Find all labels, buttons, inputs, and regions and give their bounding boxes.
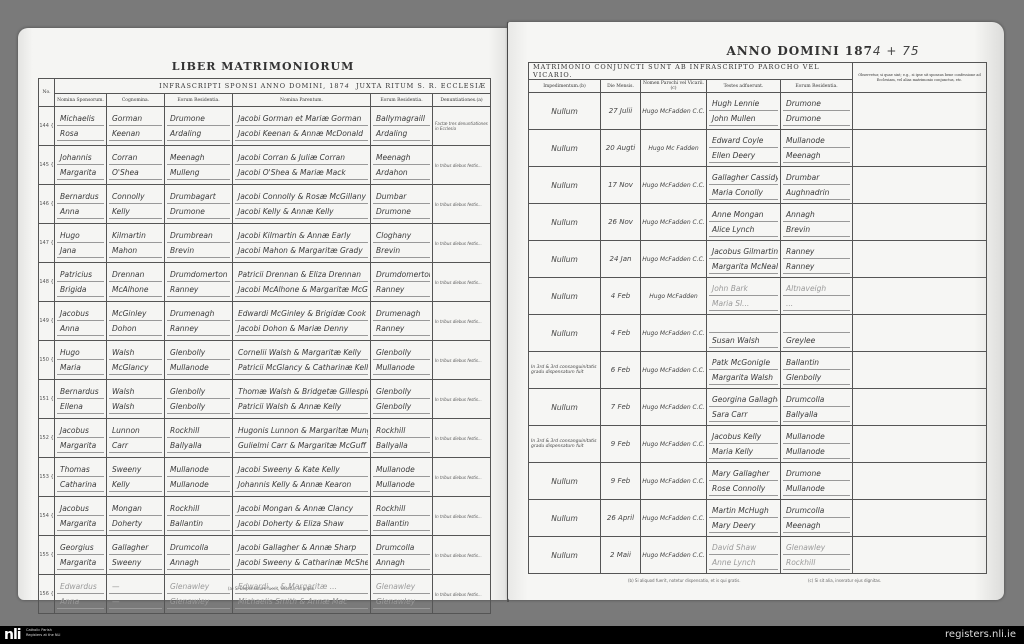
sponsus-name-bride: Maria xyxy=(57,361,104,375)
parents-residence-cell: RockhillBallantin xyxy=(371,497,433,536)
marriage-entry-row: 147 {HugoJanaKilmartinMahonDrumbreanBrev… xyxy=(39,224,491,263)
parents-cell: Jacobi Corran & Juliæ CorranJacobi O'She… xyxy=(233,146,371,185)
parents-cell: Jacobi Connolly & Rosæ McGillanyJacobi K… xyxy=(233,185,371,224)
parents-bride: Jacobi Keenan & Annæ McDonald xyxy=(235,127,368,141)
witnesses-cell: David ShawAnne Lynch xyxy=(707,537,781,574)
witness-residence-cell: BallantinGlenbolly xyxy=(781,352,853,389)
witness-2: Maria Kelly xyxy=(709,445,778,459)
entry-number: 145 { xyxy=(39,146,55,185)
marriage-entry-row: 154 {JacobusMargaritaMonganDohertyRockhi… xyxy=(39,497,491,536)
parents-groom: Jacobi Corran & Juliæ Corran xyxy=(235,151,368,165)
date-cell: 24 Jan xyxy=(601,241,641,278)
surname-cell: ConnollyKelly xyxy=(107,185,165,224)
right-col-header: Testes adfuerunt. xyxy=(707,80,781,93)
surname-cell: CorranO'Shea xyxy=(107,146,165,185)
residence-cell: DrumbreanBrevin xyxy=(165,224,233,263)
sponsus-name-bride: Jana xyxy=(57,244,104,258)
witness-residence-1: Drumbar xyxy=(783,171,850,185)
witness-residence-cell: MullanodeMeenagh xyxy=(781,130,853,167)
parents-bride: Jacobi Doherty & Eliza Shaw xyxy=(235,517,368,531)
surname-groom: — xyxy=(109,580,162,594)
left-subheading: INFRASCRIPTI SPONSI ANNO DOMINI, 1874 JU… xyxy=(55,79,491,94)
right-col-header: Nomen Parochi vel Vicarii.(c) xyxy=(641,80,707,93)
parents-groom: Jacobi Gorman et Mariæ Gorman xyxy=(235,112,368,126)
surname-cell: WalshWalsh xyxy=(107,380,165,419)
residence-cell: DrumenaghRanney xyxy=(165,302,233,341)
parents-residence-groom: Meenagh xyxy=(373,151,430,165)
sponsus-name-cell: HugoMaria xyxy=(55,341,107,380)
witnesses-cell: Hugh LennieJohn Mullen xyxy=(707,93,781,130)
observations-cell xyxy=(853,167,987,204)
witnesses-cell: Edward CoyleEllen Deery xyxy=(707,130,781,167)
sponsus-name-cell: EdwardusAnna xyxy=(55,575,107,614)
witness-2: Maria Sl... xyxy=(709,297,778,311)
parents-groom: Jacobi Sweeny & Kate Kelly xyxy=(235,463,368,477)
right-col-header: Die Mensis. xyxy=(601,80,641,93)
witness-2: Mary Deery xyxy=(709,519,778,533)
surname-bride: Carr xyxy=(109,439,162,453)
witness-1: Georgina Gallagher xyxy=(709,393,778,407)
marriage-entry-row: 153 {ThomasCatharinaSweenyKellyMullanode… xyxy=(39,458,491,497)
witness-2: Sara Carr xyxy=(709,408,778,422)
nli-logo-text: Catholic Parish Registers at the NLI xyxy=(26,628,66,637)
sponsus-name-groom: Michaelis xyxy=(57,112,104,126)
surname-bride: McGlancy xyxy=(109,361,162,375)
parents-residence-cell: DumbarDrumone xyxy=(371,185,433,224)
observations-cell xyxy=(853,463,987,500)
left-col-header: Eorum Residentia. xyxy=(371,94,433,107)
sponsus-name-cell: MichaelisRosa xyxy=(55,107,107,146)
witness-2: Margarita Walsh xyxy=(709,371,778,385)
marriage-entry-row: Nullum4 FebHugo McFadden C.C.Susan Walsh… xyxy=(529,315,987,352)
marriage-entry-row: 151 {BernardusEllenaWalshWalshGlenbollyG… xyxy=(39,380,491,419)
priest-cell: Hugo McFadden C.C. xyxy=(641,389,707,426)
parents-groom: Jacobi Gallagher & Annæ Sharp xyxy=(235,541,368,555)
sponsus-name-bride: Brigida xyxy=(57,283,104,297)
residence-groom: Glenbolly xyxy=(167,385,230,399)
entry-number: 155 { xyxy=(39,536,55,575)
priest-cell: Hugo McFadden C.C. xyxy=(641,93,707,130)
nli-logo[interactable]: nli xyxy=(4,628,21,642)
witness-1 xyxy=(709,319,778,333)
witness-1: Patk McGonigle xyxy=(709,356,778,370)
parents-residence-groom: Rockhill xyxy=(373,424,430,438)
surname-groom: Corran xyxy=(109,151,162,165)
denuntiationes-cell: In tribus diebus festis... xyxy=(433,146,491,185)
witness-residence-cell: RanneyRanney xyxy=(781,241,853,278)
witness-2: Alice Lynch xyxy=(709,223,778,237)
witness-residence-cell: DrumoneDrumone xyxy=(781,93,853,130)
witness-2: Margarita McNealy xyxy=(709,260,778,274)
residence-cell: MeenaghMulleng xyxy=(165,146,233,185)
witness-residence-1: Drumone xyxy=(783,97,850,111)
col-observations: Observetur, si quae sint; e.g., si ipse … xyxy=(853,63,987,93)
residence-cell: DrumbagartDrumone xyxy=(165,185,233,224)
witness-residence-cell: DrumcollaMeenagh xyxy=(781,500,853,537)
date-cell: 6 Feb xyxy=(601,352,641,389)
witness-residence-cell: DrumcollaBallyalla xyxy=(781,389,853,426)
residence-cell: RockhillBallyalla xyxy=(165,419,233,458)
sponsus-name-bride: Margarita xyxy=(57,166,104,180)
parents-groom: Patricii Drennan & Eliza Drennan xyxy=(235,268,368,282)
denuntiationes-cell: In tribus diebus festis... xyxy=(433,419,491,458)
residence-cell: DrumdomertonRanney xyxy=(165,263,233,302)
surname-bride: — xyxy=(109,595,162,609)
parents-residence-bride: Ballantin xyxy=(373,517,430,531)
witness-1: Gallagher Cassidy xyxy=(709,171,778,185)
witness-residence-cell: GlenawleyRockhill xyxy=(781,537,853,574)
impediment-cell: Nullum xyxy=(529,130,601,167)
parents-residence-cell: GlenbollyGlenbolly xyxy=(371,380,433,419)
residence-cell: RockhillBallantin xyxy=(165,497,233,536)
observations-cell xyxy=(853,389,987,426)
marriage-entry-row: Nullum24 JanHugo McFadden C.C.Jacobus Gi… xyxy=(529,241,987,278)
residence-groom: Rockhill xyxy=(167,424,230,438)
left-page: LIBER MATRIMONIORUM No. INFRASCRIPTI SPO… xyxy=(18,28,508,600)
date-cell: 4 Feb xyxy=(601,278,641,315)
witness-residence-cell: DrumoneMullanode xyxy=(781,463,853,500)
parents-residence-groom: Dumbar xyxy=(373,190,430,204)
date-cell: 2 Maii xyxy=(601,537,641,574)
sponsus-name-groom: Thomas xyxy=(57,463,104,477)
parents-residence-cell: DrumenaghRanney xyxy=(371,302,433,341)
denuntiationes-cell: In tribus diebus festis... xyxy=(433,302,491,341)
witness-1: Mary Gallagher xyxy=(709,467,778,481)
left-page-title: LIBER MATRIMONIORUM xyxy=(18,60,508,73)
parents-bride: Jacobi Mahon & Margaritæ Grady xyxy=(235,244,368,258)
surname-cell: GormanKeenan xyxy=(107,107,165,146)
witnesses-cell: Georgina GallagherSara Carr xyxy=(707,389,781,426)
surname-bride: Dohon xyxy=(109,322,162,336)
denuntiationes-cell: In tribus diebus festis... xyxy=(433,263,491,302)
sponsus-name-bride: Catharina xyxy=(57,478,104,492)
parents-bride: Patricii Walsh & Annæ Kelly xyxy=(235,400,368,414)
parents-residence-bride: Ballyalla xyxy=(373,439,430,453)
witnesses-cell: Susan Walsh xyxy=(707,315,781,352)
sponsus-name-groom: Bernardus xyxy=(57,190,104,204)
surname-bride: Kelly xyxy=(109,205,162,219)
register-book: LIBER MATRIMONIORUM No. INFRASCRIPTI SPO… xyxy=(18,22,1004,622)
residence-bride: Brevin xyxy=(167,244,230,258)
parents-bride: Jacobi Kelly & Annæ Kelly xyxy=(235,205,368,219)
witness-1: Martin McHugh xyxy=(709,504,778,518)
parents-residence-bride: Ardaling xyxy=(373,127,430,141)
denuntiationes-cell: In tribus diebus festis... xyxy=(433,341,491,380)
denuntiationes-cell: In tribus diebus festis... xyxy=(433,224,491,263)
denuntiationes-cell: In tribus diebus festis... xyxy=(433,185,491,224)
observations-cell xyxy=(853,241,987,278)
observations-cell xyxy=(853,204,987,241)
marriage-entry-row: 152 {JacobusMargaritaLunnonCarrRockhillB… xyxy=(39,419,491,458)
parents-residence-cell: GlenawleyGlenawley xyxy=(371,575,433,614)
parents-cell: Jacobi Gorman et Mariæ GormanJacobi Keen… xyxy=(233,107,371,146)
witness-residence-2: Ranney xyxy=(783,260,850,274)
surname-groom: Lunnon xyxy=(109,424,162,438)
entry-number: 147 { xyxy=(39,224,55,263)
entry-number: 149 { xyxy=(39,302,55,341)
entry-number: 144 { xyxy=(39,107,55,146)
surname-cell: KilmartinMahon xyxy=(107,224,165,263)
marriage-entry-row: Nullum7 FebHugo McFadden C.C.Georgina Ga… xyxy=(529,389,987,426)
impediment-cell: In 3rd & 3rd consanguinitatis gradu disp… xyxy=(529,426,601,463)
entry-number: 151 { xyxy=(39,380,55,419)
sponsus-name-cell: BernardusAnna xyxy=(55,185,107,224)
residence-bride: Glenbolly xyxy=(167,400,230,414)
witnesses-cell: John BarkMaria Sl... xyxy=(707,278,781,315)
surname-bride: Mahon xyxy=(109,244,162,258)
surname-cell: WalshMcGlancy xyxy=(107,341,165,380)
date-cell: 9 Feb xyxy=(601,463,641,500)
marriage-entry-row: Nullum17 NovHugo McFadden C.C.Gallagher … xyxy=(529,167,987,204)
sponsus-name-cell: ThomasCatharina xyxy=(55,458,107,497)
parents-bride: Jacobi Sweeny & Catharinæ McShea xyxy=(235,556,368,570)
date-cell: 7 Feb xyxy=(601,389,641,426)
parents-groom: Cornelii Walsh & Margaritæ Kelly xyxy=(235,346,368,360)
sponsus-name-cell: PatriciusBrigida xyxy=(55,263,107,302)
residence-cell: MullanodeMullanode xyxy=(165,458,233,497)
parents-residence-groom: Ballymagraill xyxy=(373,112,430,126)
parents-residence-groom: Glenbolly xyxy=(373,385,430,399)
parents-cell: Jacobi Kilmartin & Annæ EarlyJacobi Maho… xyxy=(233,224,371,263)
residence-bride: Mullanode xyxy=(167,478,230,492)
parents-residence-bride: Ranney xyxy=(373,322,430,336)
surname-bride: O'Shea xyxy=(109,166,162,180)
parents-residence-groom: Drumdomerton xyxy=(373,268,430,282)
witness-residence-cell: MullanodeMullanode xyxy=(781,426,853,463)
parents-groom: Jacobi Mongan & Annæ Clancy xyxy=(235,502,368,516)
witness-residence-1: Ballantin xyxy=(783,356,850,370)
sponsus-name-bride: Margarita xyxy=(57,439,104,453)
sponsus-name-groom: Hugo xyxy=(57,229,104,243)
left-col-header: Cognomina. xyxy=(107,94,165,107)
left-col-header: Denuntiationes.(a) xyxy=(433,94,491,107)
witness-residence-2: Greylee xyxy=(783,334,850,348)
parents-residence-cell: CloghanyBrevin xyxy=(371,224,433,263)
residence-bride: Ranney xyxy=(167,283,230,297)
date-cell: 17 Nov xyxy=(601,167,641,204)
observations-cell xyxy=(853,315,987,352)
date-cell: 26 Nov xyxy=(601,204,641,241)
witness-residence-2: Aughnadrin xyxy=(783,186,850,200)
residence-groom: Mullanode xyxy=(167,463,230,477)
entry-number: 154 { xyxy=(39,497,55,536)
surname-groom: Mongan xyxy=(109,502,162,516)
impediment-cell: Nullum xyxy=(529,389,601,426)
impediment-cell: Nullum xyxy=(529,500,601,537)
parents-residence-bride: Ardahon xyxy=(373,166,430,180)
residence-bride: Glenawley xyxy=(167,595,230,609)
parents-residence-cell: DrumcollaAnnagh xyxy=(371,536,433,575)
witness-residence-1: Mullanode xyxy=(783,134,850,148)
impediment-cell: Nullum xyxy=(529,93,601,130)
parents-cell: Edwardi ... & Margaritæ ...Michaelis Smi… xyxy=(233,575,371,614)
observations-cell xyxy=(853,500,987,537)
surname-cell: GallagherSweeny xyxy=(107,536,165,575)
residence-cell: DrumcollaAnnagh xyxy=(165,536,233,575)
witnesses-cell: Anne MonganAlice Lynch xyxy=(707,204,781,241)
residence-groom: Glenawley xyxy=(167,580,230,594)
witness-residence-2: Rockhill xyxy=(783,556,850,570)
left-col-header: Nomina Sponsorum. xyxy=(55,94,107,107)
parents-residence-groom: Glenbolly xyxy=(373,346,430,360)
parents-residence-bride: Brevin xyxy=(373,244,430,258)
witness-residence-cell: AnnaghBrevin xyxy=(781,204,853,241)
surname-cell: LunnonCarr xyxy=(107,419,165,458)
witness-2: Susan Walsh xyxy=(709,334,778,348)
surname-bride: Sweeny xyxy=(109,556,162,570)
right-page-title: ANNO DOMINI 1874 + 75 xyxy=(658,44,988,58)
parents-residence-cell: BallymagraillArdaling xyxy=(371,107,433,146)
parents-cell: Cornelii Walsh & Margaritæ KellyPatricii… xyxy=(233,341,371,380)
date-cell: 26 April xyxy=(601,500,641,537)
right-page: ANNO DOMINI 1874 + 75 MATRIMONIO CONJUNC… xyxy=(508,22,1004,600)
residence-groom: Drumcolla xyxy=(167,541,230,555)
parents-residence-groom: Glenawley xyxy=(373,580,430,594)
surname-groom: Connolly xyxy=(109,190,162,204)
parents-residence-groom: Rockhill xyxy=(373,502,430,516)
impediment-cell: Nullum xyxy=(529,537,601,574)
entry-number: 146 { xyxy=(39,185,55,224)
parents-groom: Jacobi Connolly & Rosæ McGillany xyxy=(235,190,368,204)
witness-2: Rose Connolly xyxy=(709,482,778,496)
parents-residence-bride: Drumone xyxy=(373,205,430,219)
right-footnote-c: (c) Si sit alia, inseratur ejus dignitas… xyxy=(808,578,881,583)
residence-bride: Drumone xyxy=(167,205,230,219)
surname-cell: DrennanMcAlhone xyxy=(107,263,165,302)
parents-groom: Hugonis Lunnon & Margaritæ Mung xyxy=(235,424,368,438)
impediment-cell: Nullum xyxy=(529,204,601,241)
surname-groom: Walsh xyxy=(109,385,162,399)
priest-cell: Hugo McFadden C.C. xyxy=(641,204,707,241)
marriage-entry-row: 146 {BernardusAnnaConnollyKellyDrumbagar… xyxy=(39,185,491,224)
residence-groom: Drumone xyxy=(167,112,230,126)
witnesses-cell: Gallagher CassidyMaria Conolly xyxy=(707,167,781,204)
parents-cell: Jacobi Gallagher & Annæ SharpJacobi Swee… xyxy=(233,536,371,575)
marriage-entry-row: Nullum26 NovHugo McFadden C.C.Anne Monga… xyxy=(529,204,987,241)
parents-groom: Thomæ Walsh & Bridgetæ Gillespie xyxy=(235,385,368,399)
residence-groom: Drumbagart xyxy=(167,190,230,204)
witness-2: John Mullen xyxy=(709,112,778,126)
surname-bride: Doherty xyxy=(109,517,162,531)
surname-groom: McGinley xyxy=(109,307,162,321)
priest-cell: Hugo McFadden C.C. xyxy=(641,352,707,389)
sponsus-name-bride: Margarita xyxy=(57,517,104,531)
date-cell: 27 Julii xyxy=(601,93,641,130)
parents-residence-groom: Drumcolla xyxy=(373,541,430,555)
witness-1: Jacobus Gilmartin xyxy=(709,245,778,259)
sponsus-name-cell: BernardusEllena xyxy=(55,380,107,419)
left-col-header: Nomina Parentum. xyxy=(233,94,371,107)
parents-bride: Johannis Kelly & Annæ Kearon xyxy=(235,478,368,492)
sponsus-name-groom: Jacobus xyxy=(57,502,104,516)
witnesses-cell: Jacobus KellyMaria Kelly xyxy=(707,426,781,463)
witness-residence-2: Mullanode xyxy=(783,445,850,459)
residence-groom: Drumbrean xyxy=(167,229,230,243)
date-cell: 9 Feb xyxy=(601,426,641,463)
residence-bride: Annagh xyxy=(167,556,230,570)
marriage-entry-row: Nullum27 JuliiHugo McFadden C.C.Hugh Len… xyxy=(529,93,987,130)
denuntiationes-cell: In tribus diebus festis... xyxy=(433,497,491,536)
parents-residence-cell: MullanodeMullanode xyxy=(371,458,433,497)
witness-residence-cell: Altnaveigh... xyxy=(781,278,853,315)
sponsus-name-cell: GeorgiusMargarita xyxy=(55,536,107,575)
witness-residence-cell: Greylee xyxy=(781,315,853,352)
priest-cell: Hugo McFadden C.C. xyxy=(641,463,707,500)
denuntiationes-cell: In tribus diebus festis... xyxy=(433,575,491,614)
marriage-entry-row: 155 {GeorgiusMargaritaGallagherSweenyDru… xyxy=(39,536,491,575)
parents-residence-cell: RockhillBallyalla xyxy=(371,419,433,458)
parents-residence-bride: Mullanode xyxy=(373,478,430,492)
sponsus-name-groom: Georgius xyxy=(57,541,104,555)
sponsus-name-bride: Anna xyxy=(57,205,104,219)
parents-groom: Jacobi Kilmartin & Annæ Early xyxy=(235,229,368,243)
sponsus-name-bride: Ellena xyxy=(57,400,104,414)
right-col-header: Impedimentum.(b) xyxy=(529,80,601,93)
witness-1: John Bark xyxy=(709,282,778,296)
surname-bride: Walsh xyxy=(109,400,162,414)
surname-groom: Walsh xyxy=(109,346,162,360)
sponsus-name-groom: Bernardus xyxy=(57,385,104,399)
witnesses-cell: Patk McGonigleMargarita Walsh xyxy=(707,352,781,389)
parents-residence-bride: Ranney xyxy=(373,283,430,297)
site-link[interactable]: registers.nli.ie xyxy=(945,629,1016,640)
viewer-footer-bar: nli Catholic Parish Registers at the NLI… xyxy=(0,626,1024,644)
surname-cell: McGinleyDohon xyxy=(107,302,165,341)
marriages-table-right: MATRIMONIO CONJUNCTI SUNT AB INFRASCRIPT… xyxy=(528,62,987,574)
marriage-entry-row: 156 {EdwardusAnna——GlenawleyGlenawleyEdw… xyxy=(39,575,491,614)
impediment-cell: Nullum xyxy=(529,241,601,278)
witness-2: Anne Lynch xyxy=(709,556,778,570)
priest-cell: Hugo McFadden C.C. xyxy=(641,426,707,463)
parents-residence-bride: Glenbolly xyxy=(373,400,430,414)
sponsus-name-bride: Margarita xyxy=(57,556,104,570)
witness-residence-1: Drumcolla xyxy=(783,504,850,518)
residence-bride: Ranney xyxy=(167,322,230,336)
date-cell: 20 Augti xyxy=(601,130,641,167)
witness-1: Edward Coyle xyxy=(709,134,778,148)
marriages-table-left: No. INFRASCRIPTI SPONSI ANNO DOMINI, 187… xyxy=(38,78,491,614)
witness-2: Maria Conolly xyxy=(709,186,778,200)
parents-cell: Thomæ Walsh & Bridgetæ GillespiePatricii… xyxy=(233,380,371,419)
marriage-entry-row: 145 {JohannisMargaritaCorranO'SheaMeenag… xyxy=(39,146,491,185)
parents-residence-cell: MeenaghArdahon xyxy=(371,146,433,185)
sponsus-name-cell: JacobusMargarita xyxy=(55,497,107,536)
parents-residence-bride: Annagh xyxy=(373,556,430,570)
witness-1: Jacobus Kelly xyxy=(709,430,778,444)
priest-cell: Hugo McFadden xyxy=(641,278,707,315)
entry-number: 150 { xyxy=(39,341,55,380)
entry-number: 152 { xyxy=(39,419,55,458)
impediment-cell: Nullum xyxy=(529,167,601,204)
parents-residence-cell: DrumdomertonRanney xyxy=(371,263,433,302)
parents-cell: Edwardi McGinley & Brigidæ CookJacobi Do… xyxy=(233,302,371,341)
parents-cell: Hugonis Lunnon & Margaritæ MungGulielmi … xyxy=(233,419,371,458)
sponsus-name-cell: JacobusMargarita xyxy=(55,419,107,458)
residence-groom: Rockhill xyxy=(167,502,230,516)
sponsus-name-groom: Patricius xyxy=(57,268,104,282)
observations-cell xyxy=(853,93,987,130)
marriage-entry-row: 150 {HugoMariaWalshMcGlancyGlenbollyMull… xyxy=(39,341,491,380)
witness-residence-2: Ballyalla xyxy=(783,408,850,422)
residence-bride: Ballyalla xyxy=(167,439,230,453)
right-footnote-b: (b) Si aliquod fuerit, notetur dispensat… xyxy=(628,578,741,583)
marriage-entry-row: 149 {JacobusAnnaMcGinleyDohonDrumenaghRa… xyxy=(39,302,491,341)
witness-1: Anne Mongan xyxy=(709,208,778,222)
surname-groom: Drennan xyxy=(109,268,162,282)
marriage-entry-row: In 3rd & 3rd consanguinitatis gradu disp… xyxy=(529,426,987,463)
witness-residence-2: Drumone xyxy=(783,112,850,126)
residence-cell: GlenawleyGlenawley xyxy=(165,575,233,614)
